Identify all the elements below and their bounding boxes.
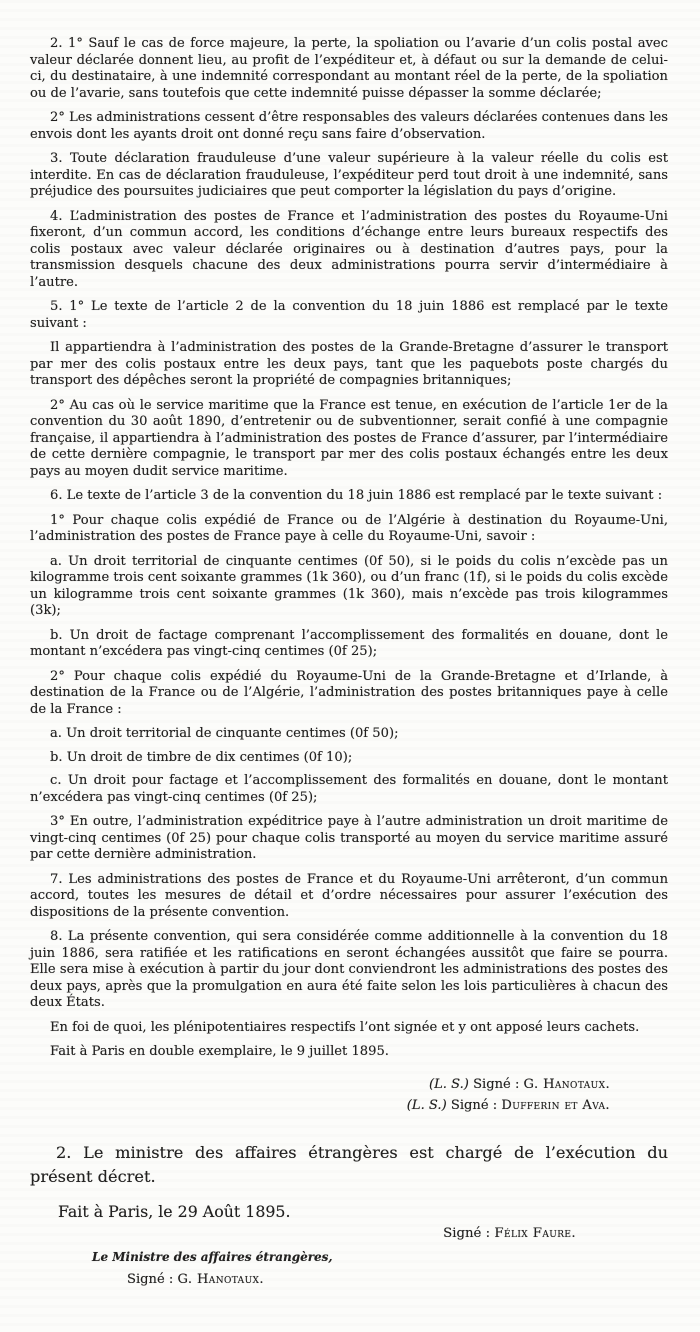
clause-6-1b: b. Un droit de factage comprenant l’acco…	[30, 628, 668, 661]
seal-abbreviation: (L. S.)	[407, 1098, 447, 1113]
closing-formula: En foi de quoi, les plénipotentiaires re…	[30, 1020, 668, 1037]
signed-label: Signé :	[451, 1098, 497, 1113]
seal-signature-dufferin: (L. S.) Signé : Dufferin et Ava.	[30, 1098, 610, 1115]
decree-closing-section: 2. Le ministre des affaires étrangères e…	[30, 1141, 668, 1288]
clause-3: 3. Toute déclaration frauduleuse d’une v…	[30, 151, 668, 201]
signatory-name: Dufferin et Ava.	[501, 1098, 610, 1113]
seal-abbreviation: (L. S.)	[429, 1077, 469, 1092]
convention-text-section: 2. 1° Sauf le cas de force majeure, la p…	[30, 36, 668, 1115]
convention-dateline: Fait à Paris en double exemplaire, le 9 …	[30, 1044, 668, 1061]
clause-6-3: 3° En outre, l’administration expéditric…	[30, 814, 668, 864]
decree-article-2: 2. Le ministre des affaires étrangères e…	[30, 1141, 668, 1189]
clause-5-1: Il appartiendra à l’administration des p…	[30, 340, 668, 390]
minister-signature: Signé : G. Hanotaux.	[127, 1272, 668, 1288]
signed-label: Signé :	[473, 1077, 519, 1092]
clause-6-intro: 6. Le texte de l’article 3 de la convent…	[30, 488, 668, 505]
clause-5-intro: 5. 1° Le texte de l’article 2 de la conv…	[30, 299, 668, 332]
signatory-name: G. Hanotaux.	[524, 1077, 610, 1092]
clause-6-2: 2° Pour chaque colis expédié du Royaume-…	[30, 669, 668, 719]
seal-signature-hanotaux: (L. S.) Signé : G. Hanotaux.	[30, 1077, 610, 1094]
signed-label: Signé :	[127, 1272, 173, 1287]
clause-6-2a: a. Un droit territorial de cinquante cen…	[30, 726, 668, 743]
signed-label: Signé :	[443, 1226, 490, 1241]
scanned-document-page: 2. 1° Sauf le cas de force majeure, la p…	[0, 0, 700, 1332]
clause-6-1: 1° Pour chaque colis expédié de France o…	[30, 513, 668, 546]
clause-2-1: 2. 1° Sauf le cas de force majeure, la p…	[30, 36, 668, 102]
minister-title-line: Le Ministre des affaires étrangères,	[92, 1249, 668, 1265]
minister-name: G. Hanotaux.	[177, 1272, 263, 1287]
clause-4: 4. L’administration des postes de France…	[30, 209, 668, 292]
clause-5-2: 2° Au cas où le service maritime que la …	[30, 398, 668, 481]
clause-7: 7. Les administrations des postes de Fra…	[30, 872, 668, 922]
clause-8: 8. La présente convention, qui sera cons…	[30, 929, 668, 1012]
clause-6-2c: c. Un droit pour factage et l’accompliss…	[30, 773, 668, 806]
seal-signatures-block: (L. S.) Signé : G. Hanotaux. (L. S.) Sig…	[30, 1077, 668, 1115]
clause-6-2b: b. Un droit de timbre de dix centimes (0…	[30, 750, 668, 767]
clause-6-1a: a. Un droit territorial de cinquante cen…	[30, 554, 668, 620]
clause-2-2: 2° Les administrations cessent d’être re…	[30, 110, 668, 143]
president-signature: Signé : Félix Faure.	[30, 1225, 668, 1243]
decree-dateline: Fait à Paris, le 29 Août 1895.	[58, 1201, 668, 1223]
president-name: Félix Faure.	[494, 1226, 576, 1241]
